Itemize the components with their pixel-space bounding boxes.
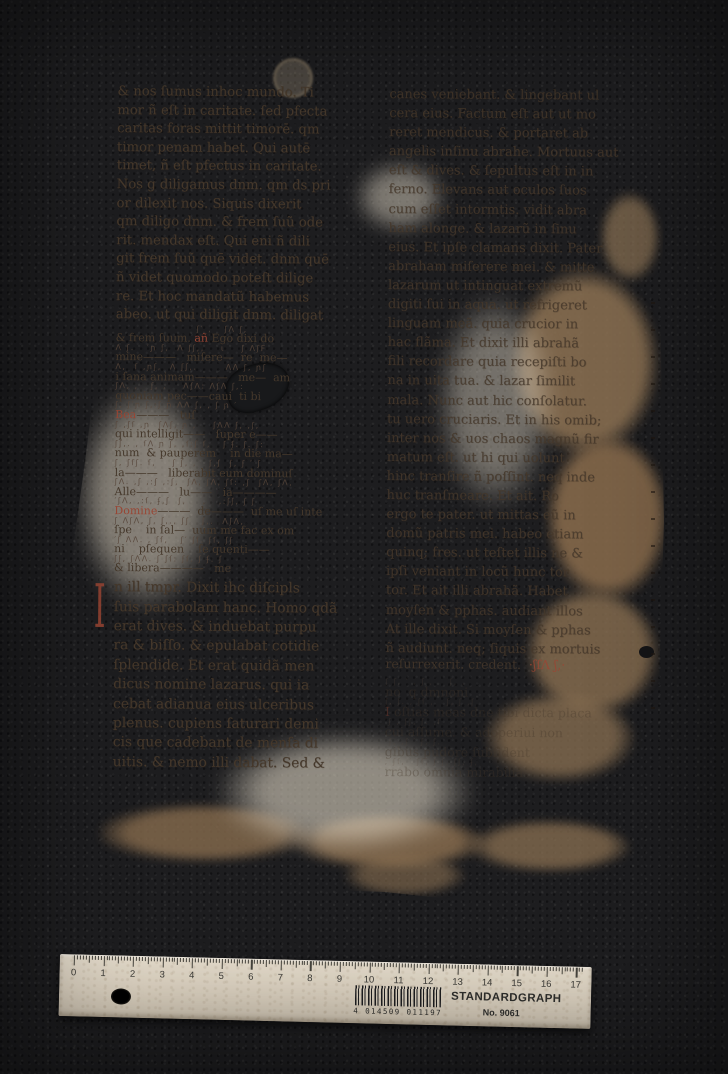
epistle-text-block: & nos ſumus inhoc mundo. Timor ñ eſt in … [116, 83, 384, 327]
text-line: ra & biſſo. & epulabat cotidie [113, 636, 379, 657]
ruler-number: 12 [423, 976, 434, 987]
ruler-number: 8 [307, 973, 313, 984]
ruler-tick [151, 957, 152, 961]
ruler-tick [455, 965, 456, 969]
text-line: rit. mendax eſt. Qui eni ñ dili [116, 232, 382, 252]
text-line: git frem ſuũ quē videt. dnm quē [116, 250, 382, 270]
ruler-tick [189, 958, 190, 962]
ruler-tick [266, 960, 267, 967]
ruler-number: 16 [541, 979, 552, 990]
ruler-tick [284, 960, 285, 964]
ruler-tick [479, 965, 480, 969]
ruler-tick [549, 967, 550, 971]
ruler-tick [295, 961, 296, 968]
ruler-tick [287, 961, 288, 965]
ruler-tick [278, 960, 279, 964]
ruler-tick [405, 963, 406, 967]
ruler-tick [570, 967, 571, 971]
ruler-tick [124, 957, 125, 961]
text-line: caritas foras mittit timorē. qm [117, 120, 383, 140]
ruler-number: 7 [278, 972, 284, 983]
ruler-tick [422, 964, 423, 968]
text-line: quinq; fres. ut teſtet illis ne & [386, 543, 664, 564]
text-line: eius. Et ipſe clamans dixit. Pater [388, 238, 666, 259]
ruler-tick [165, 958, 166, 962]
stain-patch [470, 820, 630, 872]
ruler-tick [417, 964, 418, 968]
ruler-tick [109, 956, 110, 960]
ruler-tick [186, 958, 187, 962]
text-line: digiti ſui in aqua. ut refrigeret [388, 295, 666, 316]
ruler-tick [325, 961, 326, 968]
ruler-tick [396, 963, 397, 967]
ruler-tick [340, 962, 342, 972]
ruler-tick [83, 956, 84, 960]
ruler-tick [467, 965, 468, 969]
ruler-tick [523, 966, 524, 970]
ruler-tick [180, 958, 181, 962]
ruler-tick [440, 964, 441, 968]
ruler-tick [449, 965, 450, 969]
ruler-tick [198, 958, 199, 962]
ruler-number: 11 [393, 975, 403, 986]
ruler-tick [313, 961, 314, 965]
text-line: angelis inſinu abrahe. Mortuus aut [389, 142, 667, 163]
text-line: timor penam habet. Qui autē [117, 139, 383, 159]
ruler-tick [452, 965, 453, 969]
ruler-number: 0 [71, 967, 77, 978]
text-line: cebat adianua eius ulceribus [113, 695, 379, 716]
ruler-tick [579, 968, 580, 972]
ruler-tick [511, 966, 512, 970]
ruler-tick [80, 955, 81, 959]
ruler-tick [369, 963, 371, 973]
ruler-hole [111, 988, 131, 1004]
ruler-tick [349, 962, 350, 966]
ruler-tick [420, 964, 421, 968]
ruler-tick [239, 959, 240, 963]
ruler-tick [375, 963, 376, 967]
text-line: cera eius. Factum eſt aut ut mo [389, 104, 667, 125]
ruler-number: 2 [130, 969, 136, 980]
ruler-tick [555, 967, 556, 971]
ruler-tick [378, 963, 379, 967]
ruler-tick [248, 960, 249, 964]
ruler-tick [414, 964, 415, 971]
ruler-tick [535, 967, 536, 971]
text-line: lazarum ut intinguat extremũ [388, 276, 666, 297]
ruler-tick [136, 957, 137, 961]
ruler-tick [230, 959, 231, 963]
chant-block: ʃ′ , ʃΛ ʃ,& frem ſuum. añ Ego dixi doΛ ʃ… [114, 325, 382, 576]
ruler-tick [496, 966, 497, 970]
text-line: huc tranſmeare. Et ait. Ro [386, 486, 664, 507]
ruler-tick [564, 967, 565, 971]
ruler-model: No. 9061 [483, 1007, 520, 1018]
text-line: ferno. Elevans aut oculos ſuos [389, 181, 667, 202]
ruler-tick [505, 966, 506, 970]
ruler-tick [301, 961, 302, 965]
ruler-tick [387, 963, 388, 967]
ruler-tick [573, 968, 574, 972]
ruler-number: 9 [337, 974, 343, 985]
ruler-tick [290, 961, 291, 965]
ruler-tick [130, 957, 131, 961]
text-line: tor. Et ait illi abrahã. Habet [386, 581, 664, 602]
chant-line: , ʃſ, ′ ʃſ, ʃ ʃ, ʃʃ, ʄ,rrabo omnia mirab… [385, 758, 663, 780]
ruler-tick [352, 962, 353, 966]
ruler-tick [92, 956, 93, 960]
text-line: plenus. cupiens ſaturari demi [113, 714, 379, 735]
ruler-number: 13 [452, 977, 463, 988]
text-line: erat dives. & induebat purpu [114, 617, 380, 638]
ruler-tick [106, 956, 107, 960]
ruler-tick [334, 962, 335, 966]
text-line: ſplendide. Et erat quidã men [113, 656, 379, 677]
ruler-tick [328, 962, 329, 966]
ruler-tick [263, 960, 264, 964]
ruler-number: 10 [364, 974, 375, 985]
ruler-tick [251, 960, 253, 970]
ruler-tick [393, 963, 394, 967]
ruler-tick [225, 959, 226, 963]
ruler-tick [257, 960, 258, 964]
ruler-tick [154, 957, 155, 961]
ruler-tick [160, 957, 161, 961]
text-line: fili recordare quia recepiſti bo [387, 352, 665, 373]
ruler-tick [561, 967, 562, 974]
ruler-tick [360, 962, 361, 966]
ruler-tick [464, 965, 465, 969]
ruler-tick [201, 958, 202, 962]
text-line: n ill tmpr. Dixit ihc diſcipls [114, 578, 380, 599]
ruler-tick [499, 966, 500, 970]
ruler-tick [346, 962, 347, 966]
ruler-number: 14 [482, 977, 493, 988]
ruler-tick [121, 956, 122, 960]
ruler-tick [322, 961, 323, 965]
text-line: uitis. & nemo illi dabat. Sed & [113, 753, 379, 774]
ruler-tick [529, 966, 530, 970]
text-line: cum eſſet intormtis. vidit abra [388, 200, 666, 221]
ruler-tick [541, 967, 542, 971]
ruler-tick [482, 965, 483, 969]
text-line: hac flãma. Et dixit illi abrahã [388, 333, 666, 354]
ruler-tick [337, 962, 338, 966]
ruler-tick [366, 962, 367, 966]
ruler-tick [473, 965, 474, 972]
text-line: cis que cadebant de menſa di [113, 733, 379, 754]
ruler-tick [484, 965, 485, 969]
ruler-tick [431, 964, 432, 968]
text-line: inter nos & uos chaos magnũ fir [387, 429, 665, 450]
gospel-text-block-2: canes veniebant. & lingebant ulcera eius… [385, 85, 667, 660]
chant-line: ʃʃ, ʃΛΛ. ʃ ʃſ: ʃſ. ʃ ʄ. ʃ& libera———— me [114, 555, 380, 576]
text-column-left: & nos ſumus inhoc mundo. Timor ñ eſt in … [113, 83, 384, 774]
ruler-tick [307, 961, 308, 965]
ruler-tick [502, 966, 503, 973]
ruler-tick [213, 959, 214, 963]
stain-patch [345, 854, 465, 896]
ruler-tick [210, 959, 211, 963]
text-line: timet, ñ eſt pfectus in caritate. [117, 157, 383, 177]
ruler-tick [490, 966, 491, 970]
ruler-tick [269, 960, 270, 964]
text-column-right: canes veniebant. & lingebant ulcera eius… [385, 85, 668, 780]
ruler-tick [207, 959, 208, 966]
ruler-tick [582, 968, 583, 972]
ruler-tick [115, 956, 116, 960]
ruler-tick [245, 960, 246, 964]
text-line: hinc tranſire ñ poſſint. neq inde [387, 467, 665, 488]
text-line: At ille dixit. Si moyſen & pphas [386, 620, 664, 641]
ruler-tick [168, 958, 169, 962]
ruler-tick [77, 955, 78, 959]
ruler-tick [411, 964, 412, 968]
text-line: qm diligo dnm. & frem ſuũ ode [116, 213, 382, 233]
ruler-tick [254, 960, 255, 964]
barcode-digits: 4 014509 011197 [345, 1006, 451, 1018]
ruler-tick [133, 957, 135, 967]
ruler-tick [461, 965, 462, 969]
ruler-tick [177, 958, 178, 965]
ruler-tick [139, 957, 140, 961]
text-line: mala. Nunc aut hic conſolatur. [387, 391, 665, 412]
ruler-tick [437, 964, 438, 968]
ruler-tick [118, 956, 119, 963]
ruler-brand: STANDARDGRAPH [451, 991, 562, 1006]
ruler-tick [89, 956, 90, 963]
text-line: ham alonge. & lazarũ in ſinu [388, 219, 666, 240]
ruler-tick [195, 958, 196, 962]
ruler-tick [357, 962, 358, 966]
text-line: reret mendicus. & portaret ab [389, 123, 667, 144]
text-line: Nos g diligamus dnm. qm ds pri [117, 176, 383, 196]
photo-background: & nos ſumus inhoc mundo. Timor ñ eſt in … [0, 0, 728, 1074]
ruler-tick [446, 964, 447, 968]
ruler-tick [142, 957, 143, 961]
ruler-tick [425, 964, 426, 968]
ruler-tick [292, 961, 293, 965]
text-line: ergo te pater. ut mittas eũ in [386, 505, 664, 526]
ruler-tick [372, 963, 373, 967]
text-line: dicus nomine lazarus. qui ia [113, 675, 379, 696]
ruler-number: 3 [159, 969, 165, 980]
text-line: moyſen & pphas. audiant illos [386, 601, 664, 622]
ruler-tick [304, 961, 305, 965]
text-line: re. Et hoc mandatũ habemus [116, 288, 382, 308]
ruler-number: 6 [248, 972, 254, 983]
ruler-tick [316, 961, 317, 965]
ruler-tick [381, 963, 382, 967]
ruler-tick [281, 960, 283, 970]
ruler-tick [408, 963, 409, 967]
ruler-number: 5 [218, 971, 224, 982]
rubricated-initial: I [94, 579, 106, 635]
ruler-tick [552, 967, 553, 971]
ruler-tick [487, 965, 489, 975]
ruler: 01234567891011121314151617 4 014509 0111… [58, 954, 591, 1029]
text-line: canes veniebant. & lingebant ul [389, 85, 667, 106]
ruler-tick [508, 966, 509, 970]
text-line: or dilexit nos. Siquis dixerit [117, 195, 383, 215]
ruler-tick [517, 966, 519, 976]
text-line: linguam meã. quia crucior in [388, 314, 666, 335]
ruler-tick [558, 967, 559, 971]
ruler-tick [275, 960, 276, 964]
ruler-tick [363, 962, 364, 966]
ruler-number: 17 [570, 979, 581, 990]
ruler-tick [148, 957, 149, 964]
text-line: ñ videt quomodo poteſt dilige [116, 269, 382, 289]
ruler-tick [216, 959, 217, 963]
ruler-tick [443, 964, 444, 971]
ruler-tick [476, 965, 477, 969]
text-line: ipſi veniant in locũ hunc tor [386, 562, 664, 583]
ruler-tick [331, 962, 332, 966]
manuscript-leaf: & nos ſumus inhoc mundo. Timor ñ eſt in … [55, 42, 667, 908]
ruler-tick [97, 956, 98, 960]
ruler-tick [192, 958, 194, 968]
ruler-tick [171, 958, 172, 962]
ruler-tick [272, 960, 273, 964]
ruler-tick [538, 967, 539, 971]
ruler-tick [227, 959, 228, 963]
ruler-tick [183, 958, 184, 962]
barcode [355, 985, 441, 1007]
ruler-tick [470, 965, 471, 969]
text-line: & nos ſumus inhoc mundo. Ti [117, 83, 383, 103]
ruler-tick [458, 965, 460, 975]
ruler-tick [399, 963, 401, 973]
ruler-tick [343, 962, 344, 966]
ruler-tick [145, 957, 146, 961]
text-line: mor ñ eſt in caritate. ſed pfecta [117, 102, 383, 122]
ruler-tick [544, 967, 545, 971]
ruler-number: 4 [189, 970, 195, 981]
ruler-tick [95, 956, 96, 960]
ruler-tick [384, 963, 385, 970]
ruler-tick [127, 957, 128, 961]
ruler-tick [532, 967, 533, 974]
text-line: na in uita tua. & lazar ſimilit [387, 371, 665, 392]
ruler-tick [162, 958, 164, 968]
ruler-tick [219, 959, 220, 963]
ruler-tick [86, 956, 87, 960]
text-line: domũ patris mei. habeo etiam [386, 524, 664, 545]
ruler-tick [74, 955, 76, 965]
ruler-tick [520, 966, 521, 970]
ruler-number: 1 [100, 968, 106, 979]
text-line: abraham miſerere mei. & mitte [388, 257, 666, 278]
ruler-tick [576, 968, 578, 978]
ruler-tick [402, 963, 403, 967]
ruler-tick [242, 959, 243, 963]
ruler-tick [390, 963, 391, 967]
ruler-tick [233, 959, 234, 963]
ruler-tick [204, 959, 205, 963]
ruler-tick [260, 960, 261, 964]
ruler-tick [428, 964, 430, 974]
ruler-tick [434, 964, 435, 968]
ruler-tick [514, 966, 515, 970]
ruler-tick [493, 966, 494, 970]
text-line: eſt & dives. & ſepultus eſt in in [389, 161, 667, 182]
ruler-tick [298, 961, 299, 965]
gospel-text-block: I n ill tmpr. Dixit ihc diſciplsſuis par… [113, 578, 380, 774]
ruler-tick [546, 967, 548, 977]
ruler-tick [221, 959, 223, 969]
text-line: ſuis parabolam hanc. Homo qdã [114, 598, 380, 619]
text-line: tu uero cruciaris. Et in his omib; [387, 410, 665, 431]
ruler-tick [236, 959, 237, 966]
ruler-number: 15 [511, 978, 522, 989]
ruler-tick [354, 962, 355, 969]
ruler-tick [526, 966, 527, 970]
ruler-tick [100, 956, 101, 960]
ruler-tick [103, 956, 105, 966]
ruler-tick [174, 958, 175, 962]
ruler-tick [112, 956, 113, 960]
ruler-tick [310, 961, 312, 971]
ruler-tick [567, 967, 568, 971]
chant-block-right: reſurrexerit. credent. ·ʃſΛ ʃ,·ʃ ʃ, ′ , … [385, 658, 664, 780]
ruler-tick [157, 957, 158, 961]
ruler-tick [319, 961, 320, 965]
text-line: matum eſt. ut hi qui uolunt [387, 448, 665, 469]
